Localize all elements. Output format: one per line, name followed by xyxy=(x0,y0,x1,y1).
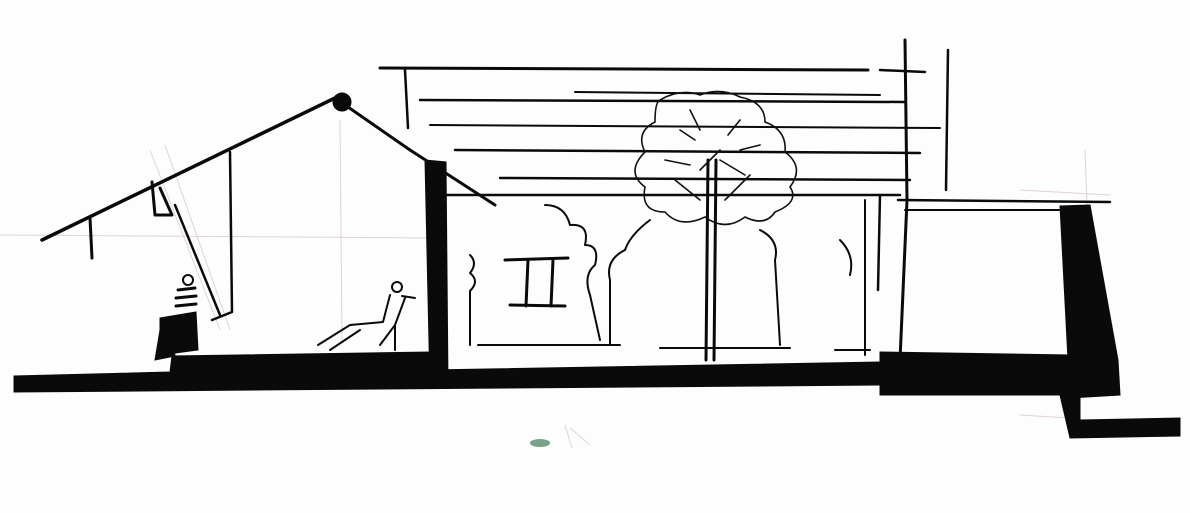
sketch-canvas xyxy=(0,0,1191,513)
reclining-figure xyxy=(318,282,415,350)
section-sketch xyxy=(0,0,1191,513)
tree xyxy=(635,91,796,360)
retaining-wall xyxy=(1060,205,1120,398)
window xyxy=(505,258,568,306)
seated-figure xyxy=(160,275,198,355)
shrubs xyxy=(470,205,870,350)
green-smudge xyxy=(530,425,590,448)
